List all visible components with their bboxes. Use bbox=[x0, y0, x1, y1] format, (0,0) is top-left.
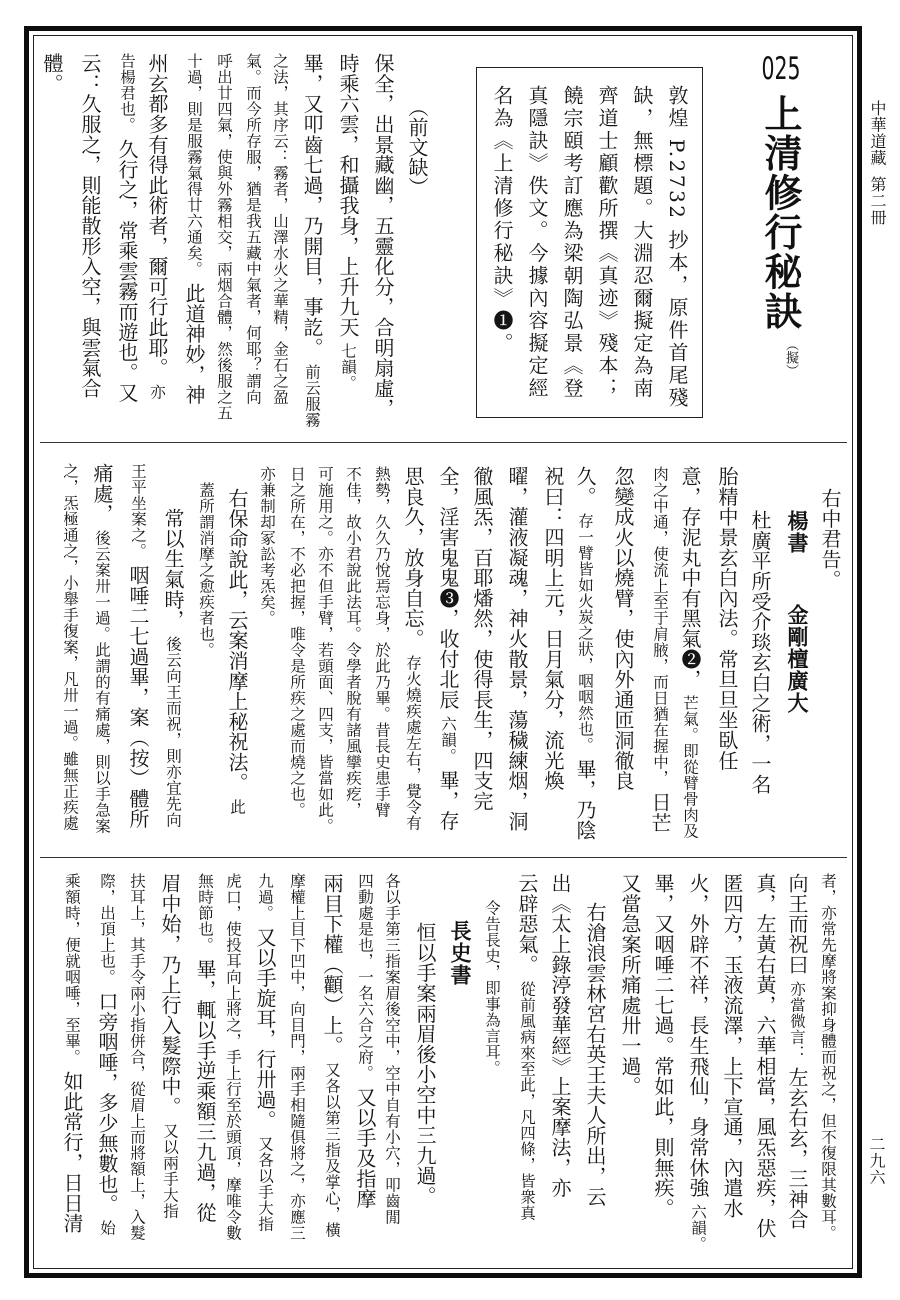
commentary-note: 摩權上目下凹中，向目門，兩手相隨俱將之，亦應三 bbox=[288, 873, 306, 1241]
main-text: 匿四方，玉液流澤，上下宣通，內遣水 bbox=[720, 873, 744, 1218]
main-text: 右中君告。 bbox=[818, 488, 842, 590]
commentary-note: 又各以第三指及掌心，橫 bbox=[323, 1062, 341, 1238]
commentary-note: 六韻。 bbox=[689, 1204, 707, 1252]
commentary-note: 際，出頂上也。 bbox=[98, 873, 116, 985]
commentary-note: 之法，其序云：霧者，山澤水火之華精，金石之盈 bbox=[271, 53, 289, 405]
page-number: 二九六 bbox=[866, 1136, 886, 1186]
text-column: 眉中始，乃上行入髮際中。又以兩手大指 bbox=[155, 873, 185, 1219]
main-text: 畢，又叩齒七過，乃開目，事訖。 bbox=[300, 53, 324, 358]
text-column: 蓋所謂消摩之愈疾者也。 bbox=[191, 482, 221, 658]
commentary-note: 前云服霧 bbox=[303, 364, 321, 428]
intro-line: 齊道士顧歡所撰《真迹》殘本； bbox=[592, 85, 622, 400]
text-column: 畢，又咽唾二七過。常如此，則無疾。 bbox=[648, 873, 678, 1218]
main-text: 久。 bbox=[573, 466, 597, 507]
text-column: 向王而祝曰亦當微言：左玄右玄，三神合 bbox=[782, 873, 812, 1229]
text-column: 全，淫害鬼鬼❸，收付北辰六韻。畢，存 bbox=[433, 466, 463, 831]
text-column: 體。 bbox=[37, 53, 67, 94]
commentary-note: 亦 bbox=[148, 384, 166, 400]
main-text: 全，淫害鬼鬼❸，收付北辰 bbox=[436, 466, 460, 710]
scripture-title: 上清修行秘訣 bbox=[758, 94, 802, 331]
main-text: 又以手旋耳，行卅過。 bbox=[253, 927, 277, 1130]
commentary-note: 亦兼制却冢訟考炁矣。 bbox=[258, 466, 276, 626]
commentary-note: 又各以手大指 bbox=[256, 1136, 274, 1232]
text-column: 際，出頂上也。口旁咽唾，多少無數也。始 bbox=[92, 873, 122, 1236]
commentary-note: 令告長史，即事為言耳。 bbox=[483, 900, 501, 1076]
text-column: 胎精中景玄白內法。常旦旦坐臥任 bbox=[712, 466, 742, 771]
text-column: 者，亦常先摩將案抑身體而祝之，但不復限其數耳。 bbox=[813, 873, 843, 1241]
intro-note-box: 敦煌 P.2732 抄本，原件首尾殘 缺，無標題。大淵忍爾擬定為南 齊道士顧歡所… bbox=[476, 67, 703, 418]
text-column: 熱勢，久久乃悅焉忘身，於此乃畢。昔長史患手臂 bbox=[367, 466, 397, 818]
main-text: 云：久服之，則能散形入空，與雲氣合 bbox=[78, 53, 102, 398]
text-column: 曜，灌液凝魂，神火散景，蕩穢練烟，洞 bbox=[502, 466, 532, 831]
text-column: 云辟惡氣。從前風病來至此，凡四條，皆衆真 bbox=[512, 873, 542, 1221]
text-column: 思良久，放身自忘。存火燒疾處左右，覺令有 bbox=[398, 466, 428, 831]
text-column: 恒以手案兩眉後小空中三九過。 bbox=[410, 922, 440, 1206]
main-text: 保全，出景藏幽，五靈化分，合明扇虛， bbox=[371, 53, 395, 418]
text-column: 十過，則是服霧氣得廿六通矣。此道神妙，神 bbox=[179, 53, 209, 405]
main-text: 兩目下權（顴）上。 bbox=[320, 873, 344, 1056]
commentary-note: 七韻。 bbox=[339, 343, 357, 391]
main-text: 畢，存 bbox=[436, 770, 460, 831]
text-column: 右中君告。 bbox=[815, 488, 845, 590]
main-text: 忽變成火以燒臂，使內外通匝洞徹良 bbox=[611, 466, 635, 791]
text-column: 氣。而今所存服，猶是我五藏中氣者，何耶？謂向 bbox=[238, 53, 268, 405]
text-column: 徹風炁，百耶燔然，使得長生，四支完 bbox=[467, 466, 497, 811]
commentary-note: 乘額時，便就咽唾，至畢。 bbox=[63, 873, 81, 1065]
text-column: 摩權上目下凹中，向目門，兩手相隨俱將之，亦應三 bbox=[282, 873, 312, 1241]
commentary-note: 氣。而今所存服，猶是我五藏中氣者，何耶？謂向 bbox=[244, 53, 262, 405]
running-head: 中華道藏第二冊 bbox=[867, 100, 887, 226]
text-column: 各以手第三指案眉後空中，空中自有小穴，叩齒閒 bbox=[377, 873, 407, 1225]
commentary-note: 亦當微言： bbox=[788, 981, 806, 1061]
main-text: 又當急案所痛處卅一過。 bbox=[618, 873, 642, 1096]
main-text: 日芒 bbox=[648, 792, 672, 833]
commentary-note: 始 bbox=[98, 1220, 116, 1236]
text-column: 九過。又以手旋耳，行卅過。又各以手大指 bbox=[250, 873, 280, 1232]
commentary-note: 此 bbox=[228, 799, 246, 815]
commentary-note: 王平坐案之。 bbox=[129, 463, 147, 559]
main-text: 此道神妙，神 bbox=[182, 283, 206, 405]
main-text: 曜，灌液凝魂，神火散景，蕩穢練烟，洞 bbox=[505, 466, 529, 831]
commentary-note: 無時節也。 bbox=[196, 873, 214, 953]
commentary-note: 蓋所謂消摩之愈疾者也。 bbox=[197, 482, 215, 658]
text-column: 常以生氣時，後云向王而祝，則亦宜先向 bbox=[158, 508, 188, 828]
text-column: 之，炁極通之，小舉手復案，凡卅一過。雖無正疾處 bbox=[55, 463, 85, 831]
commentary-note: 日之所在，不必把握，唯令是所疾之處而燒之也。 bbox=[288, 466, 306, 818]
intro-line: 敦煌 P.2732 抄本，原件首尾殘 bbox=[662, 85, 692, 409]
main-text: 體。 bbox=[40, 53, 64, 94]
text-column: 右滄浪雲林宮右英王夫人所出，云 bbox=[580, 902, 610, 1207]
commentary-note: 又以兩手大指 bbox=[161, 1123, 179, 1219]
volume-label: 第二冊 bbox=[868, 176, 887, 226]
commentary-note: 芒氣。即從臂骨肉及 bbox=[681, 695, 699, 839]
text-column: 呼出廿四氣，使與外霧相交，兩烟合體，然後服之五 bbox=[209, 53, 239, 421]
main-text: 口旁咽唾，多少無數也。 bbox=[95, 991, 119, 1214]
text-column: 不佳，故小君說此法耳。令學者脫有諸風攣疾疙， bbox=[338, 466, 368, 818]
main-text: 時乘六雲，和攝我身，上升九天 bbox=[336, 53, 360, 337]
text-column: 兩目下權（顴）上。又各以第三指及掌心，橫 bbox=[317, 873, 347, 1238]
commentary-note: 者，亦常先摩將案抑身體而祝之，但不復限其數耳。 bbox=[819, 873, 837, 1241]
text-column: 云：久服之，則能散形入空，與雲氣合 bbox=[75, 53, 105, 398]
text-column: 令告長史，即事為言耳。 bbox=[477, 900, 507, 1076]
text-column: 又當急案所痛處卅一過。 bbox=[615, 873, 645, 1096]
document-page: 中華道藏第二冊 二九六 025 上清修行秘訣 （擬） 敦煌 P.2732 抄本，… bbox=[0, 0, 900, 1300]
text-column: 肉之中通，使流上至于肩腋，而日猶在握中，日芒 bbox=[645, 466, 675, 833]
section-heading: 楊書 bbox=[785, 510, 809, 554]
text-column: 久。存一臂皆如火炭之狀，咽咽然也。畢，乃陰 bbox=[570, 466, 600, 840]
main-text: 右保命說此，云案消摩上秘祝法。 bbox=[225, 488, 249, 793]
commentary-note: 熱勢，久久乃悅焉忘身，於此乃畢。昔長史患手臂 bbox=[373, 466, 391, 818]
main-text: 杜廣平所受介琰玄白之術，一名 bbox=[748, 510, 772, 794]
commentary-note: 各以手第三指案眉後空中，空中自有小穴，叩齒閒 bbox=[383, 873, 401, 1225]
commentary-note: 存火燒疾處左右，覺令有 bbox=[404, 655, 422, 831]
commentary-note: 九過。 bbox=[256, 873, 274, 921]
title-conjectural-note: （擬） bbox=[782, 338, 798, 377]
section-heading: 長史書 bbox=[448, 920, 472, 986]
text-column: 畢，又叩齒七過，乃開目，事訖。前云服霧 bbox=[297, 53, 327, 428]
commentary-note: 六韻。 bbox=[439, 716, 457, 764]
commentary-note: 肉之中通，使流上至于肩腋，而日猶在握中， bbox=[651, 466, 669, 786]
main-text: 眉中始，乃上行入髮際中。 bbox=[158, 873, 182, 1117]
commentary-note: 可施用之。亦不但手臂，若頭面、四支，皆當如此。 bbox=[316, 466, 334, 834]
commentary-note: 虎口，使投耳向上將之，手上行至於頭頂，摩唯令數 bbox=[224, 873, 242, 1241]
collection-name: 中華道藏 bbox=[868, 100, 887, 166]
main-text: 思良久，放身自忘。 bbox=[401, 466, 425, 649]
main-text: 畢，又咽唾二七過。常如此，則無疾。 bbox=[651, 873, 675, 1218]
main-text: 火，外辟不祥，長生飛仙，身常休強 bbox=[686, 873, 710, 1198]
text-column: 告楊君也。久行之，常乘雲霧而遊也。又 bbox=[112, 53, 142, 403]
main-text: 意，存泥丸中有黑氣❷， bbox=[678, 466, 702, 689]
text-column: 出《太上錄渟發華經》上案摩法，亦 bbox=[545, 873, 575, 1198]
main-text: 州玄都多有得此術者，爾可行此耶。 bbox=[145, 53, 169, 378]
text-column: 州玄都多有得此術者，爾可行此耶。亦 bbox=[142, 53, 172, 400]
section-heading-column: 長史書 bbox=[445, 920, 475, 986]
main-text: 久行之，常乘雲霧而遊也。又 bbox=[115, 139, 139, 403]
commentary-note: 四動處是也，一名六合之府。 bbox=[356, 873, 374, 1081]
main-text: 右滄浪雲林宮右英王夫人所出，云 bbox=[583, 902, 607, 1207]
main-text: 祝曰：四明上元，日月氣分，流光煥 bbox=[541, 466, 565, 791]
text-column: 日之所在，不必把握，唯令是所疾之處而燒之也。 bbox=[282, 466, 312, 818]
main-text: 云辟惡氣。 bbox=[515, 873, 539, 975]
register-divider-lower bbox=[40, 857, 847, 858]
text-column: 四動處是也，一名六合之府。又以手及指摩 bbox=[350, 873, 380, 1209]
scripture-number: 025 bbox=[762, 52, 799, 86]
main-text: 胎精中景玄白內法。常旦旦坐臥任 bbox=[715, 466, 739, 771]
commentary-note: 不佳，故小君說此法耳。令學者脫有諸風攣疾疙， bbox=[344, 466, 362, 818]
text-column: 忽變成火以燒臂，使內外通匝洞徹良 bbox=[608, 466, 638, 791]
main-text: 畢，乃陰 bbox=[573, 759, 597, 840]
text-column: 乘額時，便就咽唾，至畢。如此常行，日日清 bbox=[57, 873, 87, 1233]
text-column: 匿四方，玉液流澤，上下宣通，內遣水 bbox=[717, 873, 747, 1218]
main-text: 痛處， bbox=[90, 463, 114, 524]
main-text: 向王而祝曰 bbox=[785, 873, 809, 975]
text-column: 時乘六雲，和攝我身，上升九天七韻。 bbox=[333, 53, 363, 391]
main-text: 咽唾二七過畢，案（按）體所 bbox=[126, 565, 150, 829]
text-column: 無時節也。畢，輒以手逆乘額三九過，從 bbox=[190, 873, 220, 1223]
text-column: 祝曰：四明上元，日月氣分，流光煥 bbox=[538, 466, 568, 791]
intro-line: 真隱訣》佚文。今據內容擬定經 bbox=[522, 85, 552, 400]
main-text: 出《太上錄渟發華經》上案摩法，亦 bbox=[548, 873, 572, 1198]
text-column: 可施用之。亦不但手臂，若頭面、四支，皆當如此。 bbox=[310, 466, 340, 834]
commentary-note: 後云案卅一過。此謂的有痛處，則以手急案 bbox=[93, 530, 111, 834]
intro-line: 名為《上清修行秘訣》❶。 bbox=[487, 85, 517, 355]
text-column: 真，左黃右黃，六華相當，風炁惡疾，伏 bbox=[750, 873, 780, 1238]
text-column: 意，存泥丸中有黑氣❷，芒氣。即從臂骨肉及 bbox=[675, 466, 705, 839]
text-column: 右保命說此，云案消摩上秘祝法。此 bbox=[222, 488, 252, 815]
main-text: 如此常行，日日清 bbox=[60, 1071, 84, 1233]
section-heading-attribution: 金剛檀廣大 bbox=[785, 604, 809, 714]
main-text: 常以生氣時， bbox=[161, 508, 185, 630]
text-column: 痛處，後云案卅一過。此謂的有痛處，則以手急案 bbox=[87, 463, 117, 834]
commentary-note: 十過，則是服霧氣得廿六通矣。 bbox=[185, 53, 203, 277]
text-column: 扶耳上，其手令兩小指併合，從眉上而將額上，入髮 bbox=[122, 873, 152, 1241]
intro-line: 缺，無標題。大淵忍爾擬定為南 bbox=[627, 85, 657, 400]
commentary-note: 呼出廿四氣，使與外霧相交，兩烟合體，然後服之五 bbox=[215, 53, 233, 421]
commentary-note: 從前風病來至此，凡四條，皆衆真 bbox=[518, 981, 536, 1221]
text-column: 杜廣平所受介琰玄白之術，一名 bbox=[745, 510, 775, 794]
commentary-note: 扶耳上，其手令兩小指併合，從眉上而將額上，入髮 bbox=[128, 873, 146, 1241]
main-text: 又以手及指摩 bbox=[353, 1087, 377, 1209]
intro-line: 饒宗頤考訂應為梁朝陶弘景《登 bbox=[557, 85, 587, 400]
text-column: 虎口，使投耳向上將之，手上行至於頭頂，摩唯令數 bbox=[218, 873, 248, 1241]
commentary-note: 告楊君也。 bbox=[118, 53, 136, 133]
text-column: 王平坐案之。咽唾二七過畢，案（按）體所 bbox=[123, 463, 153, 829]
text-column: 亦兼制却冢訟考炁矣。 bbox=[252, 466, 282, 626]
register-divider-upper bbox=[40, 442, 847, 443]
commentary-note: 存一臂皆如火炭之狀，咽咽然也。 bbox=[576, 513, 594, 753]
commentary-note: 後云向王而祝，則亦宜先向 bbox=[164, 636, 182, 828]
main-text: 畢，輒以手逆乘額三九過，從 bbox=[193, 959, 217, 1223]
text-column: 之法，其序云：霧者，山澤水火之華精，金石之盈 bbox=[265, 53, 295, 405]
lacuna-marker: （前文缺） bbox=[402, 97, 432, 197]
main-text: 徹風炁，百耶燔然，使得長生，四支完 bbox=[470, 466, 494, 811]
commentary-note: 之，炁極通之，小舉手復案，凡卅一過。雖無正疾處 bbox=[61, 463, 79, 831]
text-column: 保全，出景藏幽，五靈化分，合明扇虛， bbox=[368, 53, 398, 418]
text-column: 火，外辟不祥，長生飛仙，身常休強六韻。 bbox=[683, 873, 713, 1252]
main-text: 真，左黃右黃，六華相當，風炁惡疾，伏 bbox=[753, 873, 777, 1238]
main-text: 左玄右玄，三神合 bbox=[785, 1067, 809, 1229]
main-text: 恒以手案兩眉後小空中三九過。 bbox=[413, 922, 437, 1206]
section-heading-column: 楊書金剛檀廣大 bbox=[782, 510, 812, 714]
